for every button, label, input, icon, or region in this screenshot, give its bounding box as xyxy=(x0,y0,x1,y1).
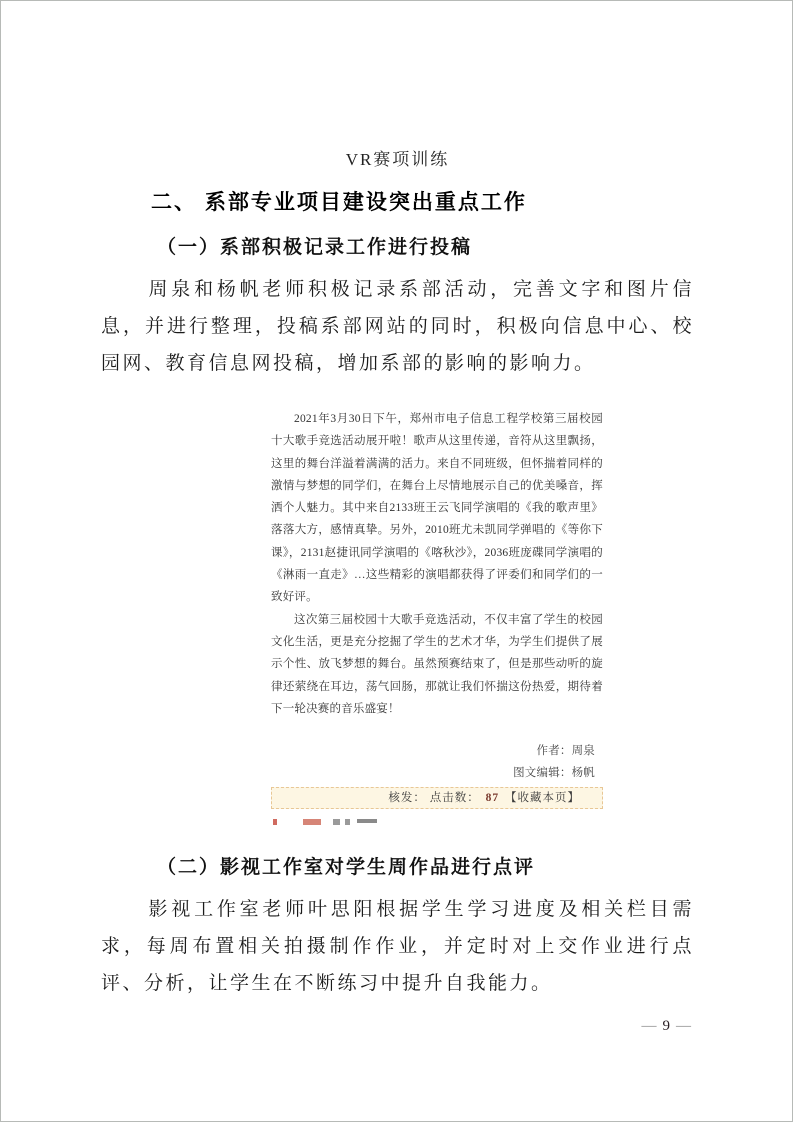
article-editor-line: 图文编辑：杨帆 xyxy=(271,762,603,784)
main-heading: 二、 系部专业项目建设突出重点工作 xyxy=(151,186,694,216)
fragment-red-dot xyxy=(273,819,277,825)
embedded-article-clipping: 2021年3月30日下午，郑州市电子信息工程学校第三届校园十大歌手竞选活动展开啦… xyxy=(271,408,603,826)
truncated-web-footer-fragments xyxy=(271,818,603,826)
running-title: VR赛项训练 xyxy=(101,145,694,170)
fragment-red-text xyxy=(303,819,321,825)
page-content: VR赛项训练 二、 系部专业项目建设突出重点工作 （一）系部积极记录工作进行投稿… xyxy=(1,145,792,1002)
page-number: —9— xyxy=(642,1018,693,1035)
fragment-gray-mark xyxy=(333,819,340,825)
section2-heading: （二）影视工作室对学生周作品进行点评 xyxy=(157,852,694,879)
hits-label: 点击数： xyxy=(430,792,480,804)
section2-paragraph: 影视工作室老师叶思阳根据学生学习进度及相关栏目需求，每周布置相关拍摄制作作业，并… xyxy=(101,891,694,1002)
page-number-value: 9 xyxy=(658,1018,677,1034)
page-number-left-dash: — xyxy=(642,1018,658,1034)
article-paragraph-2: 这次第三届校园十大歌手竞选活动，不仅丰富了学生的校园文化生活，更是充分挖掘了学生… xyxy=(271,609,603,720)
section1-heading: （一）系部积极记录工作进行投稿 xyxy=(157,232,694,259)
document-page: VR赛项训练 二、 系部专业项目建设突出重点工作 （一）系部积极记录工作进行投稿… xyxy=(0,0,793,1122)
fragment-gray-dash xyxy=(357,819,377,823)
bookmark-page-label: 【收藏本页】 xyxy=(505,792,580,804)
article-paragraph-1: 2021年3月30日下午，郑州市电子信息工程学校第三届校园十大歌手竞选活动展开啦… xyxy=(271,408,603,609)
article-meta-bar: 核发： 点击数： 87 【收藏本页】 xyxy=(271,787,603,809)
approve-label: 核发： xyxy=(388,792,426,804)
section1-paragraph: 周泉和杨帆老师积极记录系部活动，完善文字和图片信息，并进行整理，投稿系部网站的同… xyxy=(101,271,694,382)
hits-value: 87 xyxy=(484,792,502,804)
page-number-right-dash: — xyxy=(676,1018,692,1034)
fragment-gray-mark xyxy=(345,819,350,825)
article-author-line: 作者：周泉 xyxy=(271,740,603,762)
